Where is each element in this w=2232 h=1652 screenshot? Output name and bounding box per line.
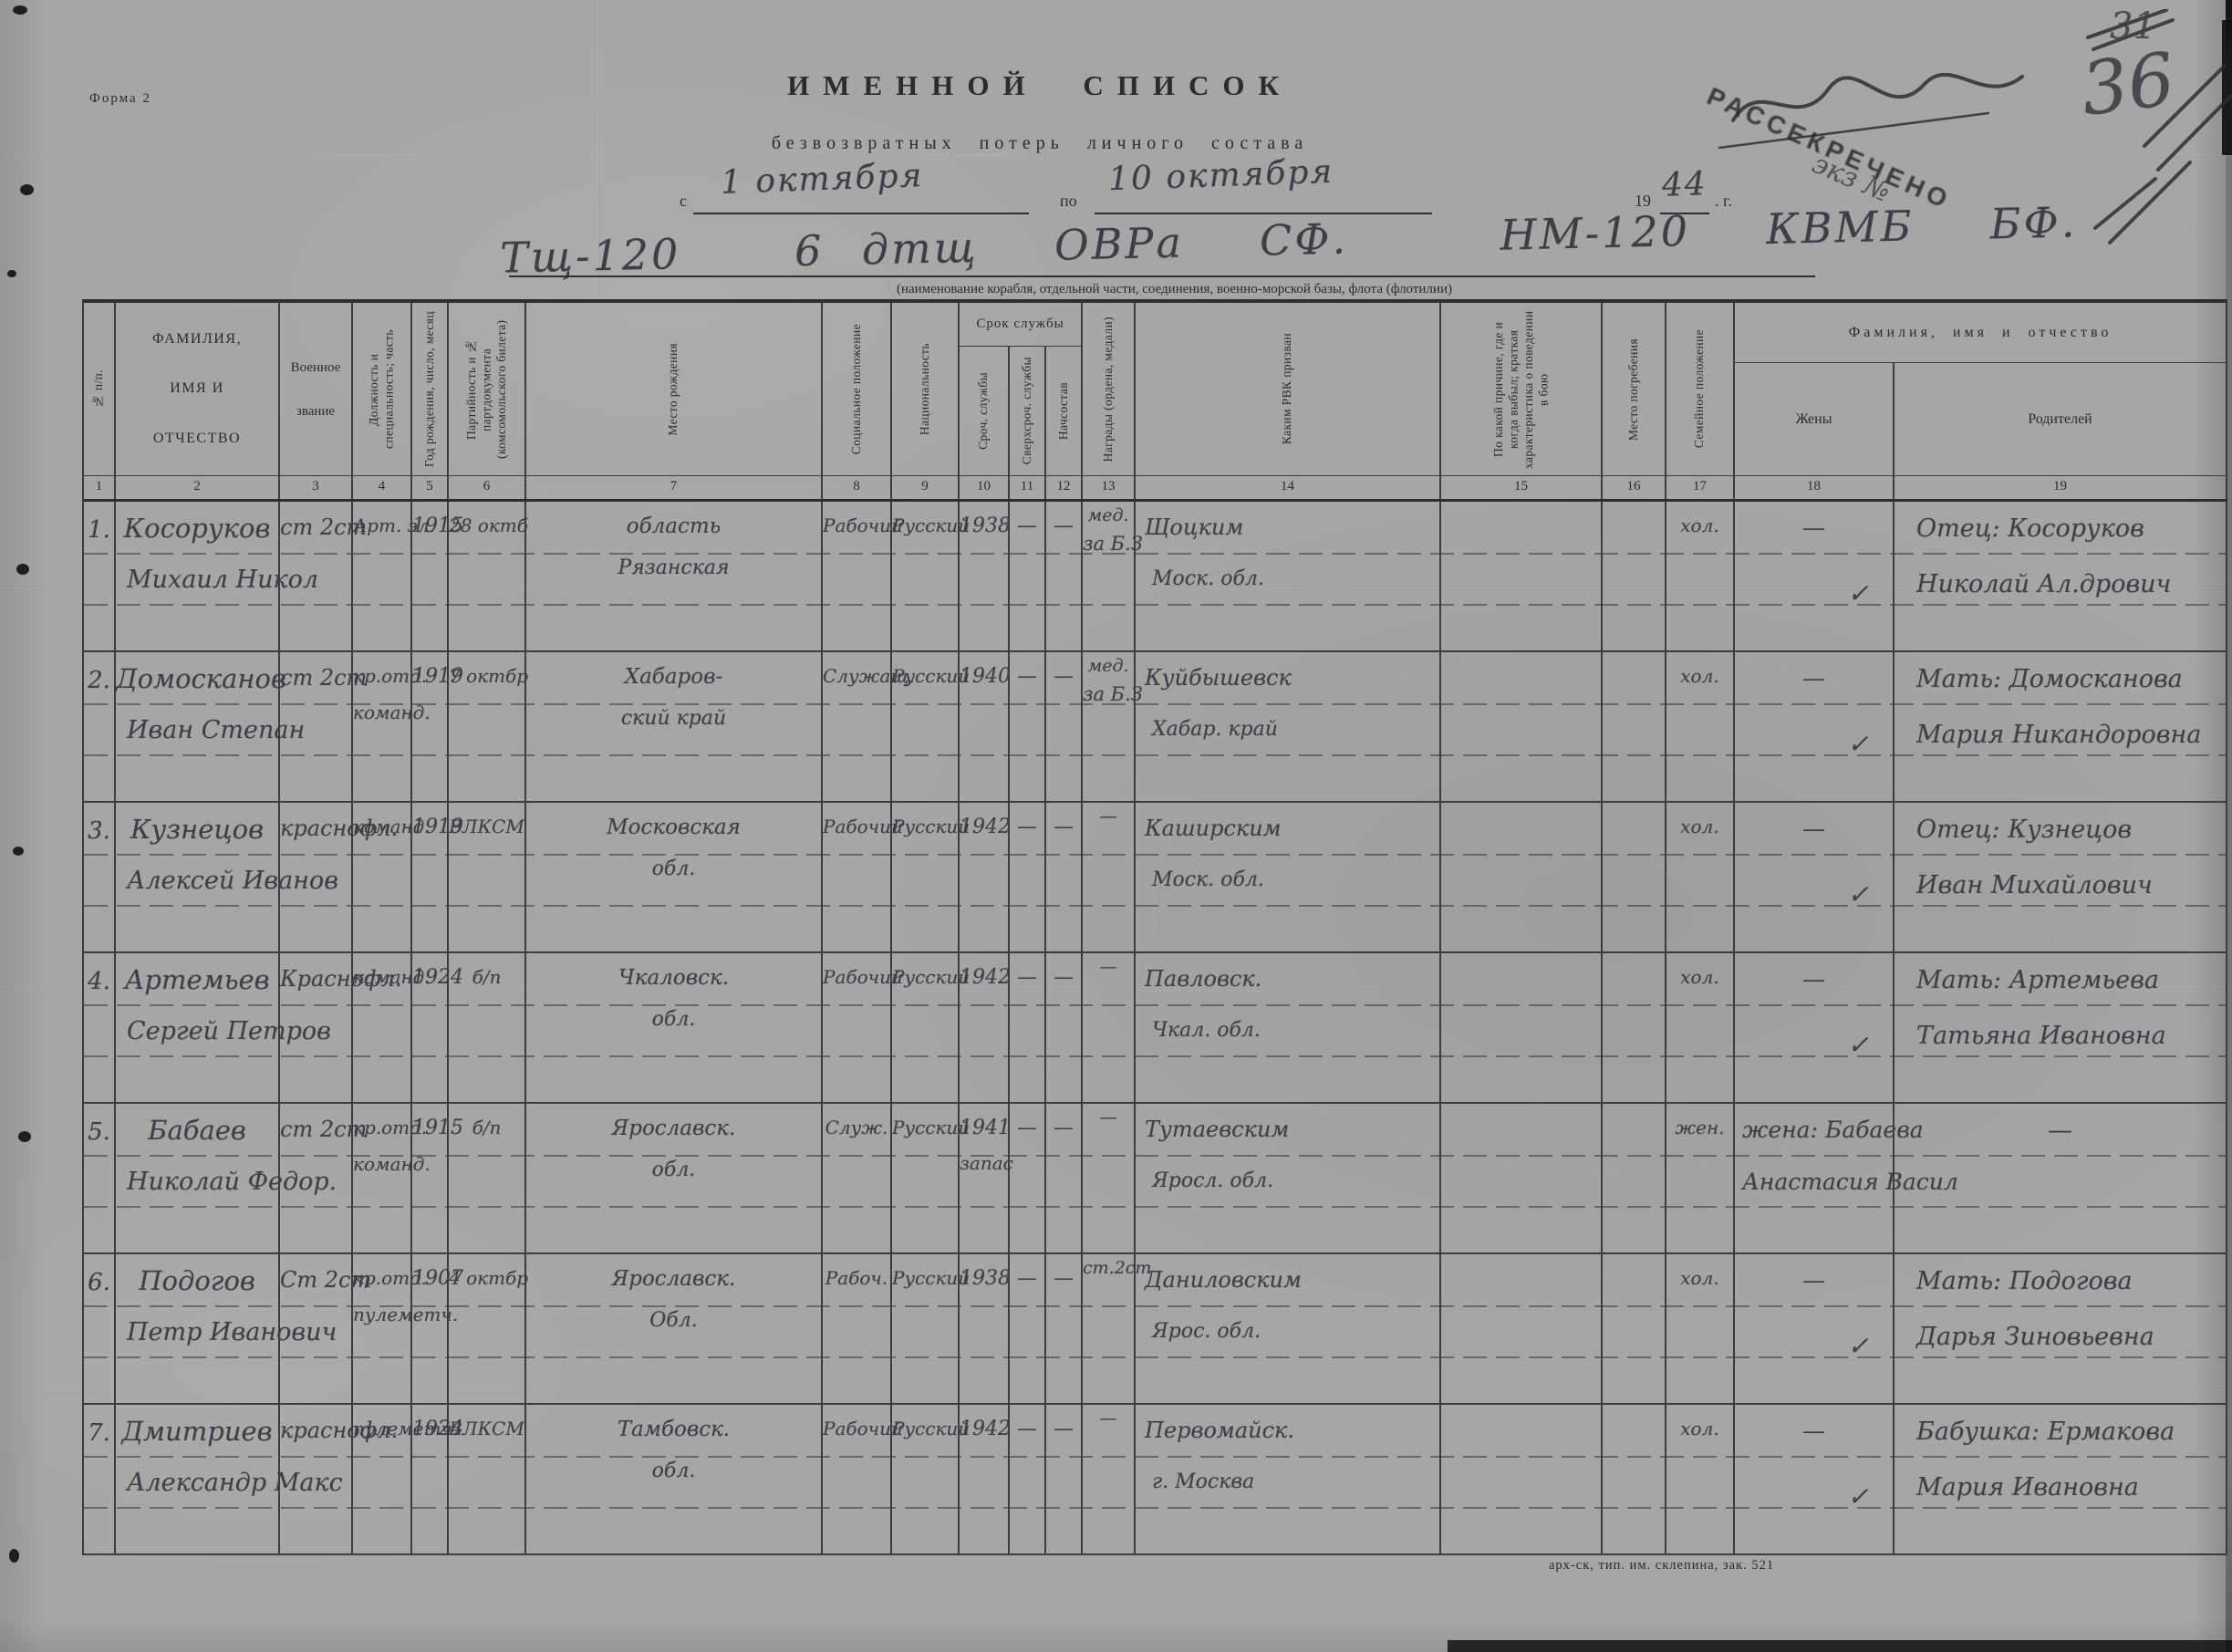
handwritten-entry: Русский <box>892 652 958 687</box>
handwritten-entry: 1942 <box>960 1405 1008 1440</box>
handwritten-entry: 1924 <box>412 1405 447 1440</box>
table-cell: — <box>1010 1104 1046 1252</box>
table-row: 4.АртемьевСергей ПетровКраснофл.команд.1… <box>84 953 2227 1104</box>
table-cell: 2. <box>84 652 116 801</box>
table-cell <box>1603 502 1666 650</box>
handwritten-entry: — <box>1010 652 1044 688</box>
column-header-label: По какой причине, где и когда выбыл; кра… <box>1491 310 1552 469</box>
table-cell: краснофл. <box>280 803 353 951</box>
table-cell: ст 2ст <box>280 502 353 650</box>
column-number: 13 <box>1083 476 1136 499</box>
table-cell: ТутаевскимЯросл. обл. <box>1136 1104 1441 1252</box>
table-cell: — <box>1046 1405 1083 1553</box>
handwritten-entry: — <box>1735 953 1893 992</box>
table-cell: Служ. <box>823 1104 892 1252</box>
check-mark: ✓ <box>1848 1481 1869 1512</box>
handwritten-entry: 1938 <box>960 1254 1008 1290</box>
table-body: 1.КосоруковМихаил Николст 2стАрт. эл.191… <box>84 502 2227 1555</box>
handwritten-entry: за Б.З <box>1083 525 1134 555</box>
handwritten-entry: б/п <box>449 1104 524 1138</box>
table-cell: Первомайск.г. Москва <box>1136 1405 1441 1553</box>
period-from-handwritten: 1 октября <box>720 157 924 202</box>
handwritten-entry: Хабаров- <box>526 652 821 689</box>
column-header-label: Партийность и № партдокумента (комсомоль… <box>464 310 509 469</box>
handwritten-entry: ст 2ст <box>280 1104 351 1142</box>
column-header-birth-year: Год рождения, число, месяц <box>412 303 449 475</box>
table-cell: — <box>1046 803 1083 951</box>
handwritten-entry: Дмитриев <box>116 1405 278 1447</box>
column-number: 6 <box>449 476 526 499</box>
handwritten-entry: Русский <box>892 953 958 988</box>
table-cell: Русский <box>892 1104 960 1252</box>
handwritten-entry: 4 октбр <box>449 1254 524 1289</box>
group-header-family: Фамилия, имя и отчество <box>1735 303 2226 363</box>
handwritten-entry: Николай Федор. <box>116 1146 278 1196</box>
table-cell: КосоруковМихаил Никол <box>116 502 280 650</box>
handwritten-entry: Краснофл. <box>280 953 351 992</box>
handwritten-entry: Артемьев <box>116 953 278 995</box>
column-number: 18 <box>1735 476 1895 499</box>
column-header-service-regular: Сроч. службы <box>960 347 1010 475</box>
column-header-label: № п/п. <box>91 369 106 408</box>
handwritten-entry: Мать: Подогова <box>1895 1254 2226 1295</box>
table-cell: Ст 2ст <box>280 1254 353 1403</box>
handwritten-entry: 1942 <box>960 803 1008 838</box>
handwritten-entry: Тамбовск. <box>526 1405 821 1441</box>
handwritten-entry: Чкал. обл. <box>1136 992 1439 1042</box>
check-mark: ✓ <box>1848 879 1869 909</box>
table-cell <box>1603 1254 1666 1403</box>
handwritten-entry: Косоруков <box>116 502 278 544</box>
period-prefix: с <box>680 192 687 211</box>
table-cell: жена: БабаеваАнастасия Васил <box>1735 1104 1895 1252</box>
table-cell: хол. <box>1666 502 1735 650</box>
table-cell: КузнецовАлексей Иванов <box>116 803 280 951</box>
table-cell: Краснофл. <box>280 953 353 1102</box>
column-number: 8 <box>823 476 892 499</box>
table-cell <box>1441 953 1603 1102</box>
handwritten-entry: — <box>1735 1405 1893 1444</box>
column-header-marital: Семейное положение <box>1666 303 1735 475</box>
table-cell: ВЛКСМ <box>449 1405 526 1553</box>
table-cell: 28 октб <box>449 502 526 650</box>
table-cell: 6. <box>84 1254 116 1403</box>
handwritten-entry: Русский <box>892 803 958 837</box>
table-cell: —✓ <box>1735 803 1895 951</box>
handwritten-entry: — <box>1735 1254 1893 1294</box>
column-number: 3 <box>280 476 353 499</box>
handwritten-entry: 5. <box>84 1104 114 1146</box>
table-cell: ст 2ст <box>280 652 353 801</box>
table-cell: мед.за Б.З <box>1083 502 1136 650</box>
handwritten-entry: Татьяна Ивановна <box>1895 994 2226 1050</box>
table-cell: Русский <box>892 652 960 801</box>
table-cell: ст 2ст <box>280 1104 353 1252</box>
table-cell <box>1441 652 1603 801</box>
handwritten-entry: Куйбышевск <box>1136 652 1439 691</box>
table-cell: 7 октбр <box>449 652 526 801</box>
column-header-label: Национальность <box>918 343 932 435</box>
column-header-label: Военное звание <box>280 346 351 433</box>
column-number-row: 12345678910111213141516171819 <box>84 476 2227 502</box>
handwritten-entry: ст 2ст <box>280 652 351 691</box>
table-row: 5.БабаевНиколай Федор.ст 2сткр.отд.коман… <box>84 1104 2227 1254</box>
handwritten-entry: Кузнецов <box>116 803 278 845</box>
column-header-burial: Место погребения <box>1603 303 1666 475</box>
handwritten-entry: хол. <box>1666 953 1733 988</box>
handwritten-entry: за Б.З <box>1083 676 1134 705</box>
handwritten-entry: Служащ. <box>823 652 890 687</box>
handwritten-entry: — <box>1010 502 1044 537</box>
punch-hole <box>7 270 16 277</box>
table-cell: ДмитриевАлександр Макс <box>116 1405 280 1553</box>
table-cell: Отец: КузнецовИван Михайлович <box>1895 803 2227 951</box>
table-cell: —✓ <box>1735 1405 1895 1553</box>
table-cell: команд. <box>353 953 412 1102</box>
table-cell: ДомоскановИван Степан <box>116 652 280 801</box>
table-cell: краснофл. <box>280 1405 353 1553</box>
handwritten-entry: 1938 <box>960 502 1008 537</box>
table-cell: Бабушка: ЕрмаковаМария Ивановна <box>1895 1405 2227 1553</box>
table-cell: 1919 <box>412 803 449 951</box>
handwritten-entry: Бабаев <box>116 1104 278 1146</box>
column-number: 4 <box>353 476 412 499</box>
column-header-label: Должность и специальность; часть <box>367 310 397 469</box>
group-header-service: Срок службы <box>960 303 1081 347</box>
table-cell: 1938 <box>960 502 1010 650</box>
column-header-label: Место рождения <box>666 343 680 436</box>
handwritten-entry: — <box>1083 803 1134 826</box>
punch-hole <box>13 847 24 856</box>
handwritten-entry: ВЛКСМ <box>449 1405 524 1439</box>
table-cell: — <box>1010 953 1046 1102</box>
handwritten-entry: Павловск. <box>1136 953 1439 992</box>
column-header-wife: Жены <box>1735 363 1895 475</box>
period-from-underline <box>693 213 1029 214</box>
table-cell: — <box>1046 652 1083 801</box>
column-number: 9 <box>892 476 960 499</box>
table-cell: 1942 <box>960 953 1010 1102</box>
table-cell: 1941запас <box>960 1104 1010 1252</box>
table-cell: хол. <box>1666 652 1735 801</box>
table-cell: Рабоч. <box>823 1254 892 1403</box>
table-row: 7.ДмитриевАлександр Макскраснофл.пулемет… <box>84 1405 2227 1555</box>
handwritten-entry: 3. <box>84 803 114 845</box>
punch-hole <box>18 1131 31 1142</box>
table-cell: 1942 <box>960 803 1010 951</box>
table-cell: — <box>1010 652 1046 801</box>
table-cell: 4 октбр <box>449 1254 526 1403</box>
table-cell: 1924 <box>412 953 449 1102</box>
table-cell <box>1603 1104 1666 1252</box>
column-number: 15 <box>1441 476 1603 499</box>
table-cell: Рабочий <box>823 502 892 650</box>
column-header-label: Начсостав <box>1056 382 1071 440</box>
punch-hole <box>16 564 29 575</box>
handwritten-entry: область <box>526 502 821 538</box>
handwritten-entry: Рабоч. <box>823 1254 890 1289</box>
handwritten-entry: 7. <box>84 1405 114 1447</box>
handwritten-entry: Иван Михайлович <box>1895 844 2226 899</box>
table-cell: Русский <box>892 1405 960 1553</box>
table-cell: ст.2ст <box>1083 1254 1136 1403</box>
handwritten-entry: б/п <box>449 953 524 988</box>
handwritten-entry: пулеметч. <box>353 1405 410 1439</box>
column-header-social: Социальное положение <box>823 303 892 475</box>
handwritten-entry: Иван Степан <box>116 694 278 744</box>
handwritten-entry: Рабочий <box>823 803 890 837</box>
handwritten-entry: Первомайск. <box>1136 1405 1439 1443</box>
table-cell: — <box>1046 1254 1083 1403</box>
handwritten-entry: Ярославск. <box>526 1104 821 1140</box>
table-row: 1.КосоруковМихаил Николст 2стАрт. эл.191… <box>84 502 2227 652</box>
handwritten-entry: Мария Никандоровна <box>1895 693 2226 749</box>
handwritten-entry: команд. <box>353 1138 410 1175</box>
table-cell: жен. <box>1666 1104 1735 1252</box>
handwritten-entry: 1941 <box>960 1104 1008 1139</box>
table-cell: Мать: АртемьеваТатьяна Ивановна <box>1895 953 2227 1102</box>
handwritten-entry: мед. <box>1083 502 1134 525</box>
table-cell <box>1441 502 1603 650</box>
table-cell: кр.отд.команд. <box>353 1104 412 1252</box>
table-cell: Чкаловск.обл. <box>526 953 823 1102</box>
footer-imprint: арх-ск, тип. им. склепина, зак. 521 <box>1549 1558 1774 1574</box>
column-number: 12 <box>1046 476 1083 499</box>
handwritten-entry: краснофл. <box>280 1405 351 1443</box>
handwritten-entry: Отец: Кузнецов <box>1895 803 2226 844</box>
column-header-fio: ФАМИЛИЯ, ИМЯ И ОТЧЕСТВО <box>116 303 280 475</box>
column-number: 5 <box>412 476 449 499</box>
column-number: 14 <box>1136 476 1441 499</box>
period-to-handwritten: 10 октября <box>1107 153 1334 199</box>
table-cell <box>1603 1405 1666 1553</box>
table-cell: хол. <box>1666 1254 1735 1403</box>
handwritten-entry: Сергей Петров <box>116 995 278 1045</box>
handwritten-entry: — <box>1010 1254 1044 1290</box>
handwritten-entry: ский край <box>526 689 821 730</box>
handwritten-entry: Служ. <box>823 1104 890 1138</box>
column-header-cause: По какой причине, где и когда выбыл; кра… <box>1441 303 1603 475</box>
table-cell: Рабочий <box>823 1405 892 1553</box>
handwritten-entry: жена: Бабаева <box>1735 1104 1893 1143</box>
handwritten-entry: 28 октб <box>449 502 524 536</box>
column-number: 16 <box>1603 476 1666 499</box>
handwritten-entry: обл. <box>526 1140 821 1181</box>
handwritten-entry: обл. <box>526 839 821 880</box>
table-cell: Арт. эл. <box>353 502 412 650</box>
handwritten-entry: Хабар. край <box>1136 691 1439 741</box>
handwritten-entry: — <box>1046 652 1081 688</box>
table-cell <box>1603 953 1666 1102</box>
handwritten-entry: Русский <box>892 1405 958 1439</box>
table-cell <box>1441 1254 1603 1403</box>
column-header-label: Семейное положение <box>1692 329 1707 448</box>
table-cell: Рабочий <box>823 953 892 1102</box>
handwritten-entry: — <box>1083 1405 1134 1429</box>
table-cell: 1915 <box>412 1104 449 1252</box>
table-cell: 1924 <box>412 1405 449 1553</box>
declassified-stamp-area: РАССЕКРЕЧЕНО экз № 36 31 <box>1683 9 2232 265</box>
column-header-num: № п/п. <box>84 303 116 475</box>
table-cell: — <box>1083 953 1136 1102</box>
table-row: 3.КузнецовАлексей Ивановкраснофл.команд.… <box>84 803 2227 953</box>
handwritten-entry: Рязанская <box>526 538 821 579</box>
handwritten-entry: Мария Ивановна <box>1895 1446 2226 1501</box>
column-header-label: Сроч. службы <box>976 372 991 450</box>
handwritten-entry: Ст 2ст <box>280 1254 351 1293</box>
table-cell: мед.за Б.З <box>1083 652 1136 801</box>
table-cell: 3. <box>84 803 116 951</box>
handwritten-entry: кр.отд. <box>353 1254 410 1289</box>
handwritten-entry: — <box>1895 1104 2226 1145</box>
table-cell: кр.отд.пулеметч. <box>353 1254 412 1403</box>
table-cell: ЩоцкимМоск. обл. <box>1136 502 1441 650</box>
table-cell: КаширскимМоск. обл. <box>1136 803 1441 951</box>
handwritten-entry: Александр Макс <box>116 1447 278 1497</box>
table-row: 2.ДомоскановИван Степанст 2сткр.отд.кома… <box>84 652 2227 803</box>
table-cell: Рабочий <box>823 803 892 951</box>
punch-hole <box>9 1549 19 1563</box>
handwritten-entry: Русский <box>892 502 958 536</box>
table-cell: 5. <box>84 1104 116 1252</box>
handwritten-entry: жен. <box>1666 1104 1733 1138</box>
handwritten-entry: Михаил Никол <box>116 544 278 594</box>
handwritten-entry: Тутаевским <box>1136 1104 1439 1142</box>
table-cell: — <box>1046 953 1083 1102</box>
table-cell: Русский <box>892 502 960 650</box>
handwritten-entry: Русский <box>892 1104 958 1138</box>
handwritten-entry: — <box>1046 1254 1081 1290</box>
table-cell: ВЛКСМ <box>449 803 526 951</box>
table-cell: 1915 <box>412 502 449 650</box>
table-cell: КуйбышевскХабар. край <box>1136 652 1441 801</box>
table-row: 6.ПодоговПетр ИвановичСт 2сткр.отд.пулем… <box>84 1254 2227 1405</box>
handwritten-entry: Даниловским <box>1136 1254 1439 1293</box>
table-cell <box>1603 652 1666 801</box>
column-group-family: Фамилия, имя и отчество Жены Родителей <box>1735 303 2227 475</box>
handwritten-entry: хол. <box>1666 1405 1733 1439</box>
handwritten-entry: — <box>1083 953 1134 977</box>
table-cell: б/п <box>449 1104 526 1252</box>
handwritten-entry: Дарья Зиновьевна <box>1895 1295 2226 1351</box>
handwritten-entry: 1919 <box>412 652 447 688</box>
page-subtitle: безвозвратных потерь личного состава <box>638 133 1441 154</box>
handwritten-entry: — <box>1046 1104 1081 1139</box>
table-cell <box>1441 1104 1603 1252</box>
handwritten-entry: 2. <box>84 652 114 694</box>
column-header-party: Партийность и № партдокумента (комсомоль… <box>449 303 526 475</box>
table-cell: — <box>1010 502 1046 650</box>
table-cell: 1. <box>84 502 116 650</box>
handwritten-entry: — <box>1735 502 1893 541</box>
handwritten-entry: 1924 <box>412 953 447 989</box>
table-cell: Мать: ПодоговаДарья Зиновьевна <box>1895 1254 2227 1403</box>
handwritten-entry: Арт. эл. <box>353 502 410 536</box>
column-number: 19 <box>1895 476 2227 499</box>
handwritten-entry: ВЛКСМ <box>449 803 524 837</box>
handwritten-entry: — <box>1046 1405 1081 1440</box>
table-cell: Служащ. <box>823 652 892 801</box>
handwritten-entry: Рабочий <box>823 953 890 988</box>
handwritten-entry: 4. <box>84 953 114 995</box>
column-header-awards: Награды (ордена, медали) <box>1083 303 1136 475</box>
handwritten-entry: обл. <box>526 990 821 1031</box>
column-header-label: ФАМИЛИЯ, ИМЯ И ОТЧЕСТВО <box>116 315 278 463</box>
handwritten-entry: — <box>1046 803 1081 838</box>
table-cell <box>1441 1405 1603 1553</box>
handwritten-entry: 6. <box>84 1254 114 1296</box>
table-cell: —✓ <box>1735 953 1895 1102</box>
column-header-label: Год рождения, число, месяц <box>422 311 437 467</box>
table-cell: — <box>1046 502 1083 650</box>
period-mid: по <box>1060 192 1077 211</box>
punch-hole <box>20 184 34 195</box>
table-header: № п/п. ФАМИЛИЯ, ИМЯ И ОТЧЕСТВО Военное з… <box>84 303 2227 476</box>
handwritten-entry: 1940 <box>960 652 1008 688</box>
check-mark: ✓ <box>1848 1331 1869 1361</box>
table-cell: 1942 <box>960 1405 1010 1553</box>
column-header-duty: Должность и специальность; часть <box>353 303 412 475</box>
table-cell: — <box>1010 1254 1046 1403</box>
table-cell: Московскаяобл. <box>526 803 823 951</box>
handwritten-entry: 1942 <box>960 953 1008 989</box>
table-cell: — <box>1010 803 1046 951</box>
table-cell: хол. <box>1666 803 1735 951</box>
handwritten-entry: 7 октбр <box>449 652 524 687</box>
unit-underline <box>509 275 1815 277</box>
handwritten-entry: — <box>1010 1405 1044 1440</box>
form-label: Форма 2 <box>89 91 151 107</box>
table-cell: команд. <box>353 803 412 951</box>
table-cell: — <box>1083 803 1136 951</box>
table-cell: 1919 <box>412 652 449 801</box>
handwritten-entry: Ярославск. <box>526 1254 821 1291</box>
table-cell: — <box>1083 1405 1136 1553</box>
table-cell: —✓ <box>1735 1254 1895 1403</box>
handwritten-entry: пулеметч. <box>353 1289 410 1325</box>
table-cell: кр.отд.команд. <box>353 652 412 801</box>
check-mark: ✓ <box>1848 578 1869 608</box>
handwritten-entry: Обл. <box>526 1291 821 1332</box>
handwritten-entry: 1. <box>84 502 114 544</box>
handwritten-entry: Каширским <box>1136 803 1439 841</box>
handwritten-entry: Бабушка: Ермакова <box>1895 1405 2226 1446</box>
handwritten-entry: хол. <box>1666 652 1733 687</box>
punch-hole <box>13 5 27 15</box>
handwritten-entry: Ярос. обл. <box>1136 1293 1439 1343</box>
table-cell: — <box>1083 1104 1136 1252</box>
column-header-service-extended: Сверхсроч. службы <box>1010 347 1046 475</box>
table-cell: Русский <box>892 1254 960 1403</box>
handwritten-entry: Мать: Артемьева <box>1895 953 2226 994</box>
handwritten-entry: — <box>1735 803 1893 842</box>
crossed-number-handwritten: 31 <box>2110 5 2156 47</box>
table-cell: Русский <box>892 803 960 951</box>
column-number: 1 <box>84 476 116 499</box>
handwritten-entry: кр.отд. <box>353 1104 410 1138</box>
page-number-handwritten: 36 <box>2077 36 2179 132</box>
table-cell: —✓ <box>1735 502 1895 650</box>
handwritten-entry: Рабочий <box>823 1405 890 1439</box>
table-cell: хол. <box>1666 1405 1735 1553</box>
handwritten-entry: Рабочий <box>823 502 890 536</box>
column-header-label: Место погребения <box>1626 338 1641 441</box>
handwritten-entry: обл. <box>526 1441 821 1482</box>
table-cell: 4. <box>84 953 116 1102</box>
column-header-rank: Военное звание <box>280 303 353 475</box>
column-header-label: Сверхсроч. службы <box>1020 357 1034 464</box>
column-number: 11 <box>1010 476 1046 499</box>
